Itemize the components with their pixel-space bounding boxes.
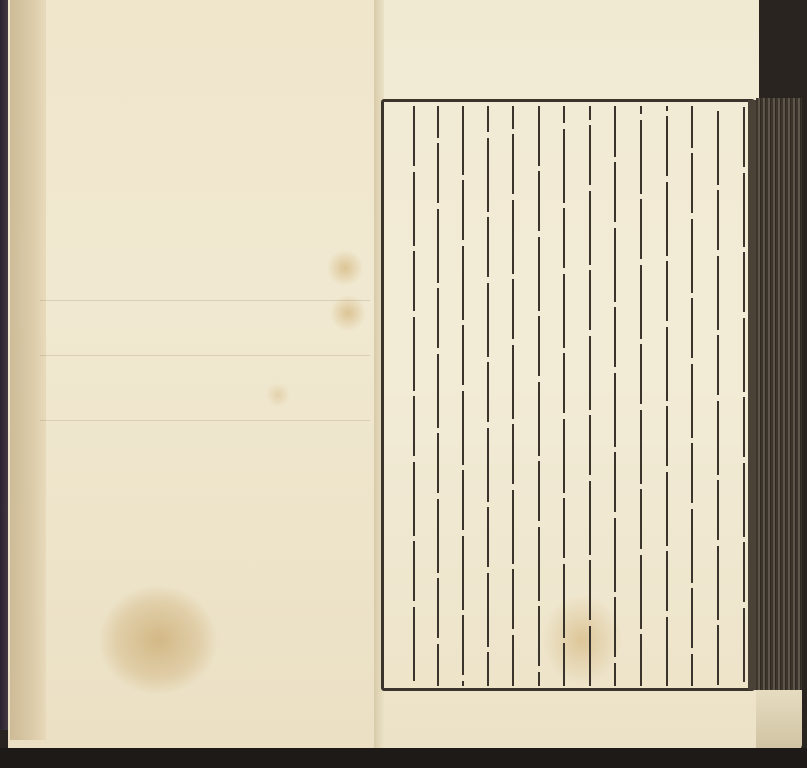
column-rule-line: [413, 106, 415, 686]
column-rule-line: [437, 106, 439, 686]
column-rule-line: [538, 106, 540, 686]
column-rule-line: [717, 106, 719, 686]
ruled-column-grid: [388, 106, 748, 686]
column-rule-line: [691, 106, 693, 686]
fore-edge-pages: [756, 98, 802, 690]
column-rule-line: [487, 106, 489, 686]
column-rule-line: [563, 106, 565, 686]
paper-crease: [40, 300, 370, 301]
column-rule-line: [462, 106, 464, 686]
column-rule-line: [589, 106, 591, 686]
book-photo: [0, 0, 807, 768]
column-rule-line: [512, 106, 514, 686]
background-shadow: [0, 748, 807, 768]
left-page: [8, 0, 377, 752]
column-rule-line: [743, 106, 745, 686]
page-corner: [756, 690, 802, 752]
binding-band: [10, 0, 46, 740]
paper-crease: [40, 355, 370, 356]
paper-crease: [40, 420, 370, 421]
column-rule-line: [640, 106, 642, 686]
column-rule-line: [666, 106, 668, 686]
column-rule-line: [614, 106, 616, 686]
block-center-column: [748, 100, 756, 690]
